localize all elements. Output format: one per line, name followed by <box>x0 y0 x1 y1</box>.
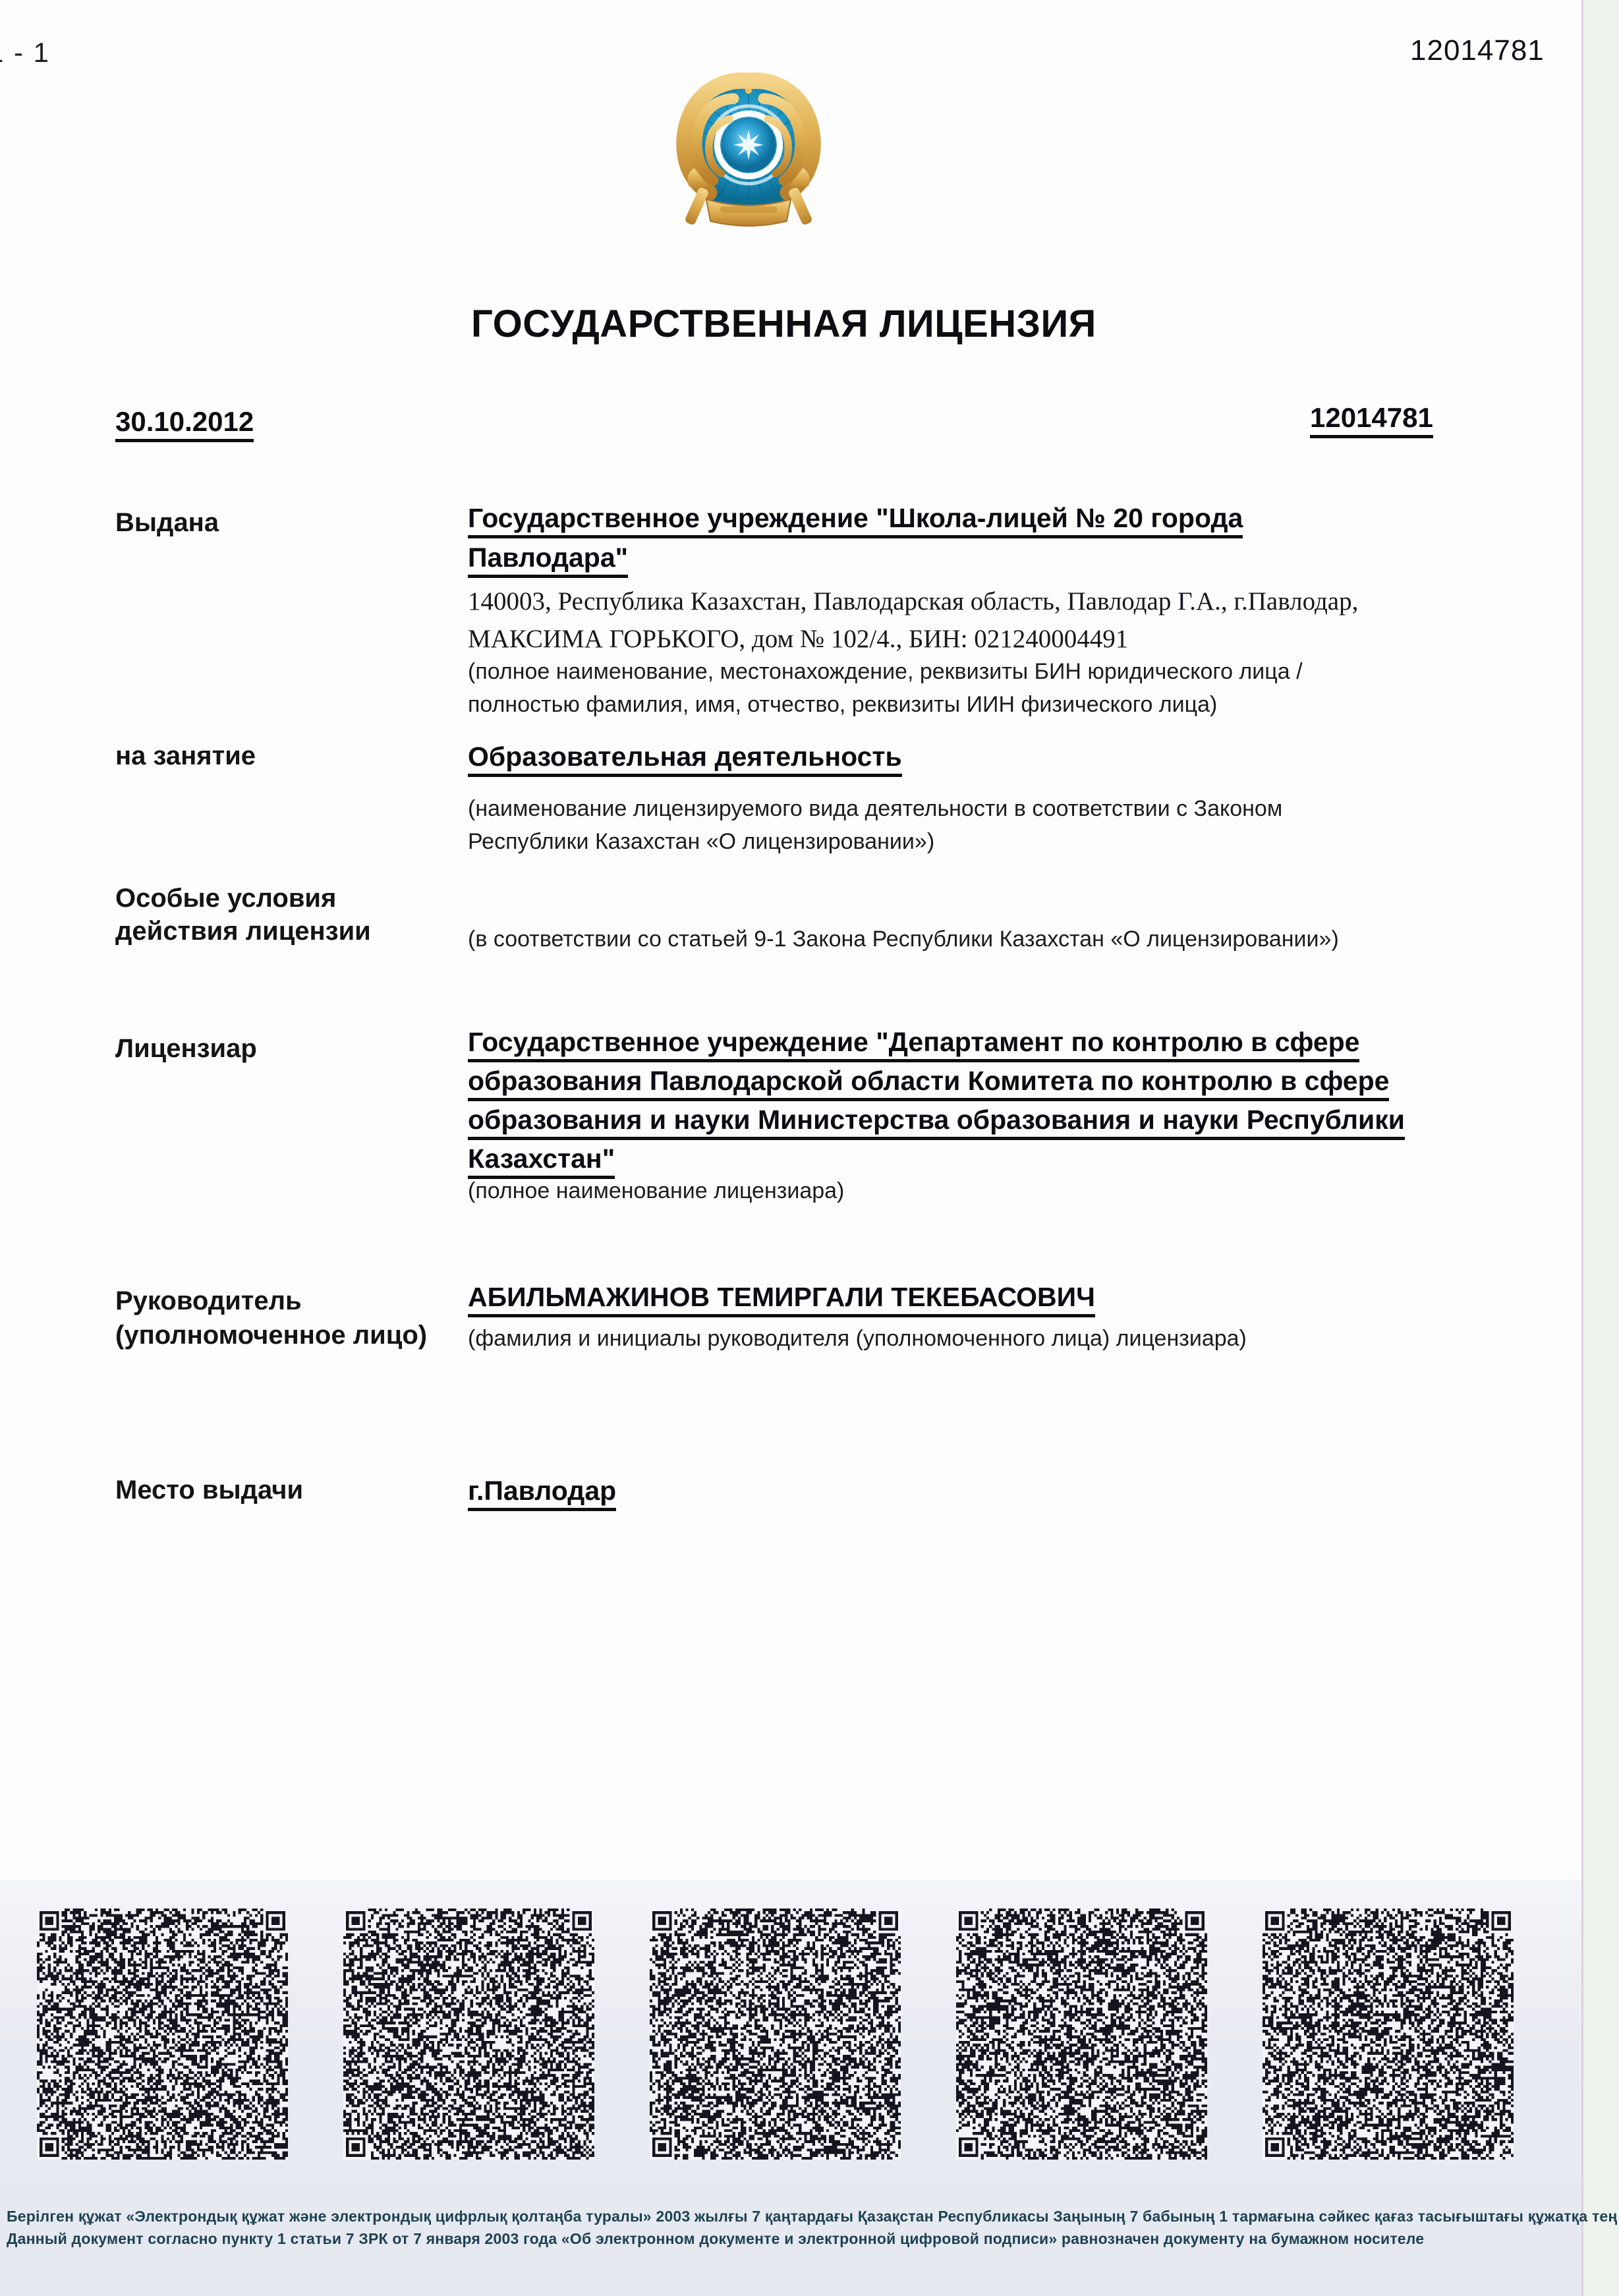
qr-code-strip <box>0 1909 1619 2160</box>
footer-line-russian: Данный документ согласно пункту 1 статьи… <box>7 2227 1614 2250</box>
kazakhstan-coat-of-arms-icon <box>667 66 830 229</box>
qr-code <box>1263 1909 1514 2160</box>
qr-code <box>343 1909 594 2160</box>
field-label-activity: на занятие <box>115 739 256 772</box>
footer-legal-text: Берілген құжат «Электрондық құжат және э… <box>7 2205 1614 2250</box>
licensor-line-3: образования и науки Министерства образов… <box>468 1105 1405 1140</box>
license-number-value: 12014781 <box>1310 402 1433 438</box>
field-value-issue-place: г.Павлодар <box>468 1471 616 1510</box>
field-label-issued-to: Выдана <box>115 506 219 539</box>
address-line-1: 140003, Республика Казахстан, Павлодарск… <box>468 583 1358 620</box>
field-label-licensor: Лицензиар <box>115 1032 257 1065</box>
issued-to-note-line-1: (полное наименование, местонахождение, р… <box>468 655 1303 688</box>
qr-code <box>650 1909 901 2160</box>
issued-to-address: 140003, Республика Казахстан, Павлодарск… <box>468 583 1358 658</box>
license-number: 12014781 <box>1310 402 1433 434</box>
activity-note: (наименование лицензируемого вида деятел… <box>468 792 1282 858</box>
licensor-line-4: Казахстан" <box>468 1143 615 1179</box>
field-value-head: АБИЛЬМАЖИНОВ ТЕМИРГАЛИ ТЕКЕБАСОВИЧ <box>468 1277 1095 1317</box>
footer-line-kazakh: Берілген құжат «Электрондық құжат және э… <box>7 2205 1614 2227</box>
activity-value: Образовательная деятельность <box>468 741 902 777</box>
document-header-number: 12014781 <box>1410 34 1545 67</box>
qr-code <box>956 1909 1207 2160</box>
issued-to-note-line-2: полностью фамилия, имя, отчество, реквиз… <box>468 688 1303 721</box>
issue-date-value: 30.10.2012 <box>115 406 254 442</box>
field-value-licensor: Государственное учреждение "Департамент … <box>468 1023 1405 1178</box>
issue-date: 30.10.2012 <box>115 406 254 438</box>
license-document-page: 1 - 1 12014781 <box>0 0 1619 2296</box>
issued-to-note: (полное наименование, местонахождение, р… <box>468 655 1303 721</box>
special-conditions-note: (в соответствии со статьей 9-1 Закона Ре… <box>468 923 1339 956</box>
issue-place-value: г.Павлодар <box>468 1476 616 1511</box>
field-label-head: Руководитель (уполномоченное лицо) <box>115 1284 427 1352</box>
licensor-line-2: образования Павлодарской области Комитет… <box>468 1066 1389 1101</box>
special-label-line-2: действия лицензии <box>115 915 371 948</box>
special-label-line-1: Особые условия <box>115 882 371 915</box>
activity-note-line-2: Республики Казахстан «О лицензировании») <box>468 825 1282 858</box>
field-value-activity: Образовательная деятельность <box>468 737 902 776</box>
field-label-special-conditions: Особые условия действия лицензии <box>115 882 371 948</box>
issued-to-line-2: Павлодара" <box>468 542 628 578</box>
licensor-line-1: Государственное учреждение "Департамент … <box>468 1027 1359 1062</box>
field-label-issue-place: Место выдачи <box>115 1474 303 1507</box>
document-title: ГОСУДАРСТВЕННАЯ ЛИЦЕНЗИЯ <box>471 302 1096 346</box>
head-label-line-2: (уполномоченное лицо) <box>115 1318 427 1352</box>
licensor-note: (полное наименование лицензиара) <box>468 1174 844 1207</box>
head-note: (фамилия и инициалы руководителя (уполно… <box>468 1322 1247 1355</box>
head-value: АБИЛЬМАЖИНОВ ТЕМИРГАЛИ ТЕКЕБАСОВИЧ <box>468 1282 1095 1317</box>
field-value-issued-to: Государственное учреждение "Школа-лицей … <box>468 498 1243 577</box>
activity-note-line-1: (наименование лицензируемого вида деятел… <box>468 792 1282 825</box>
address-line-2: МАКСИМА ГОРЬКОГО, дом № 102/4., БИН: 021… <box>468 620 1358 658</box>
head-label-line-1: Руководитель <box>115 1284 427 1318</box>
issued-to-line-1: Государственное учреждение "Школа-лицей … <box>468 503 1243 538</box>
qr-code <box>37 1909 288 2160</box>
page-marker: 1 - 1 <box>0 37 50 69</box>
